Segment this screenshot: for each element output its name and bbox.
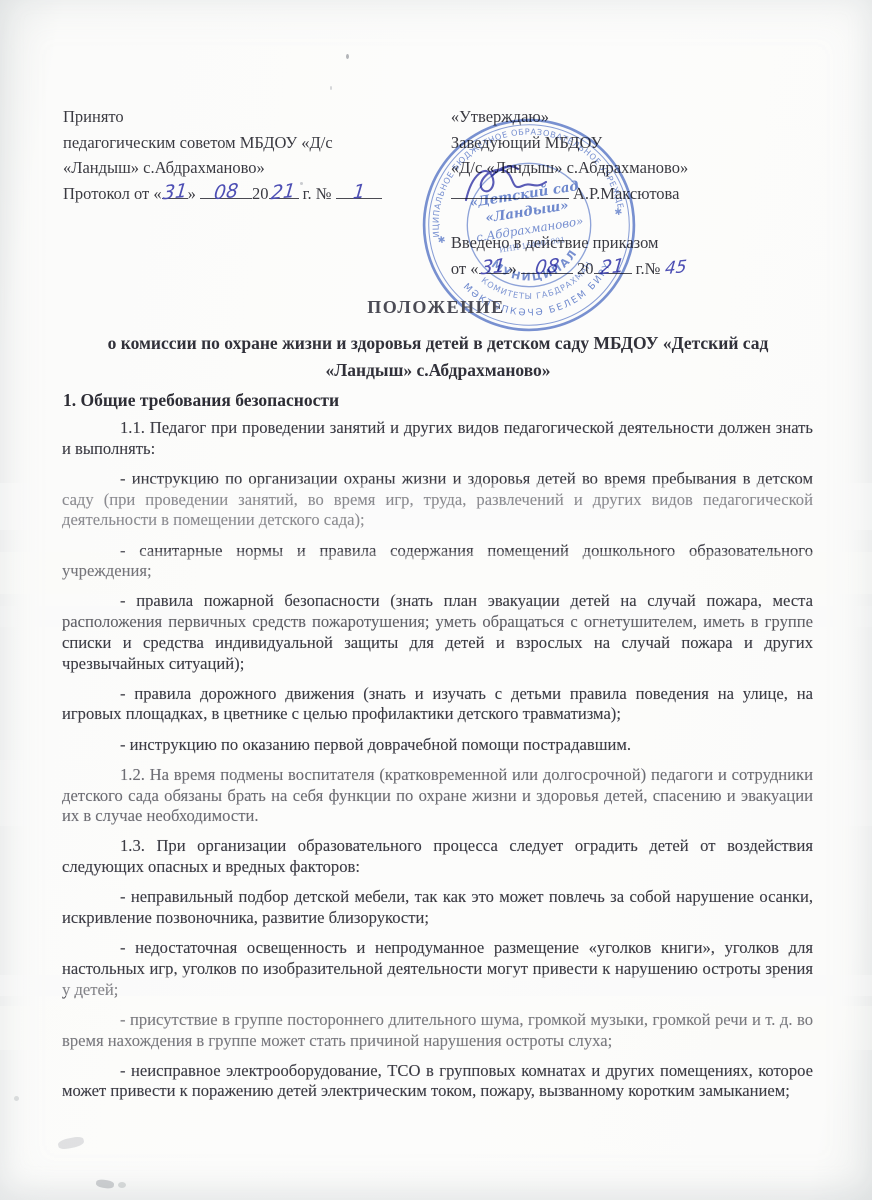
paragraph-bullet-fire-safety: - правила пожарной безопасности (знать п…	[62, 591, 813, 674]
order-tail: г.№	[636, 259, 661, 278]
section-1-heading: 1. Общие требования безопасности	[63, 390, 339, 411]
scan-speck	[346, 54, 349, 59]
accepted-block: Принято педагогическим советом МБДОУ «Д/…	[63, 104, 451, 281]
signer-name: А.Р.Максютова	[573, 184, 679, 203]
protocol-month-blank: 08	[200, 181, 252, 199]
protocol-year-blank: 21	[269, 181, 299, 199]
paragraph-bullet-first-aid: - инструкцию по оказанию первой доврачеб…	[62, 735, 813, 756]
approved-line-1: «Утверждаю»	[451, 104, 815, 130]
order-intro-line: Введено в действие приказом	[451, 230, 815, 256]
handwritten-order-month: 08	[534, 260, 559, 273]
paragraph-1-3: 1.3. При организации образовательного пр…	[62, 836, 813, 877]
paragraph-bullet-furniture: - неправильный подбор детской мебели, та…	[62, 887, 813, 928]
document-subtitle: о комиссии по охране жизни и здоровья де…	[66, 330, 810, 384]
paragraph-bullet-sanitary: - санитарные нормы и правила содержания …	[62, 541, 813, 582]
document-title: ПОЛОЖЕНИЕ	[0, 297, 872, 318]
order-year-blank: 21	[594, 256, 632, 274]
director-signature	[452, 156, 582, 218]
protocol-number-blank: 1	[336, 181, 382, 199]
scan-speck	[330, 86, 332, 90]
order-day-blank: 31	[479, 256, 509, 274]
paragraph-bullet-traffic-rules: - правила дорожного движения (знать и из…	[62, 684, 813, 725]
document-header: Принято педагогическим советом МБДОУ «Д/…	[63, 104, 815, 281]
handwritten-order-number: 45	[664, 261, 687, 273]
handwritten-order-day: 31	[481, 260, 506, 273]
protocol-close-quote: »	[188, 184, 196, 203]
document-body: 1.1. Педагог при проведении занятий и др…	[62, 418, 813, 1112]
handwritten-protocol-month: 08	[213, 185, 238, 198]
order-year-print: 20	[577, 259, 594, 278]
protocol-tail: г. №	[303, 184, 332, 203]
paragraph-bullet-noise: - присутствие в группе постороннего длит…	[62, 1010, 813, 1051]
scanned-document-page: Принято педагогическим советом МБДОУ «Д/…	[0, 0, 872, 1200]
order-prefix: от «	[451, 259, 479, 278]
accepted-line-1: Принято	[63, 104, 451, 130]
paragraph-1-2: 1.2. На время подмены воспитателя (кратк…	[62, 765, 813, 827]
scan-speck	[14, 1096, 19, 1101]
paragraph-bullet-instruction: - инструкцию по организации охраны жизни…	[62, 469, 813, 531]
protocol-day-blank: 31	[162, 181, 188, 199]
paragraph-bullet-lighting: - недостаточная освещенность и непродума…	[62, 938, 813, 1000]
order-line: от «31» 08 2021 г.№ 45	[451, 256, 815, 282]
order-close-quote: »	[509, 259, 517, 278]
protocol-year-print: 20	[252, 184, 269, 203]
protocol-prefix: Протокол от «	[63, 184, 162, 203]
handwritten-protocol-year: 21	[271, 185, 296, 198]
approved-line-2: Заведующий МБДОУ	[451, 130, 815, 156]
protocol-line: Протокол от «31» 082021 г. № 1	[63, 181, 451, 207]
paragraph-1-1: 1.1. Педагог при проведении занятий и др…	[62, 418, 813, 459]
handwritten-order-year: 21	[600, 260, 625, 273]
paragraph-bullet-electrical: - неисправное электрооборудование, ТСО в…	[62, 1061, 813, 1102]
accepted-line-2: педагогическим советом МБДОУ «Д/с	[63, 130, 451, 156]
handwritten-protocol-number: 1	[352, 186, 365, 197]
accepted-line-3: «Ландыш» с.Абдрахманово»	[63, 155, 451, 181]
scan-smudge	[96, 1179, 115, 1189]
handwritten-protocol-day: 31	[162, 185, 187, 198]
order-month-blank: 08	[521, 256, 573, 274]
scan-smudge	[118, 1182, 126, 1188]
scan-smudge	[57, 1135, 85, 1150]
